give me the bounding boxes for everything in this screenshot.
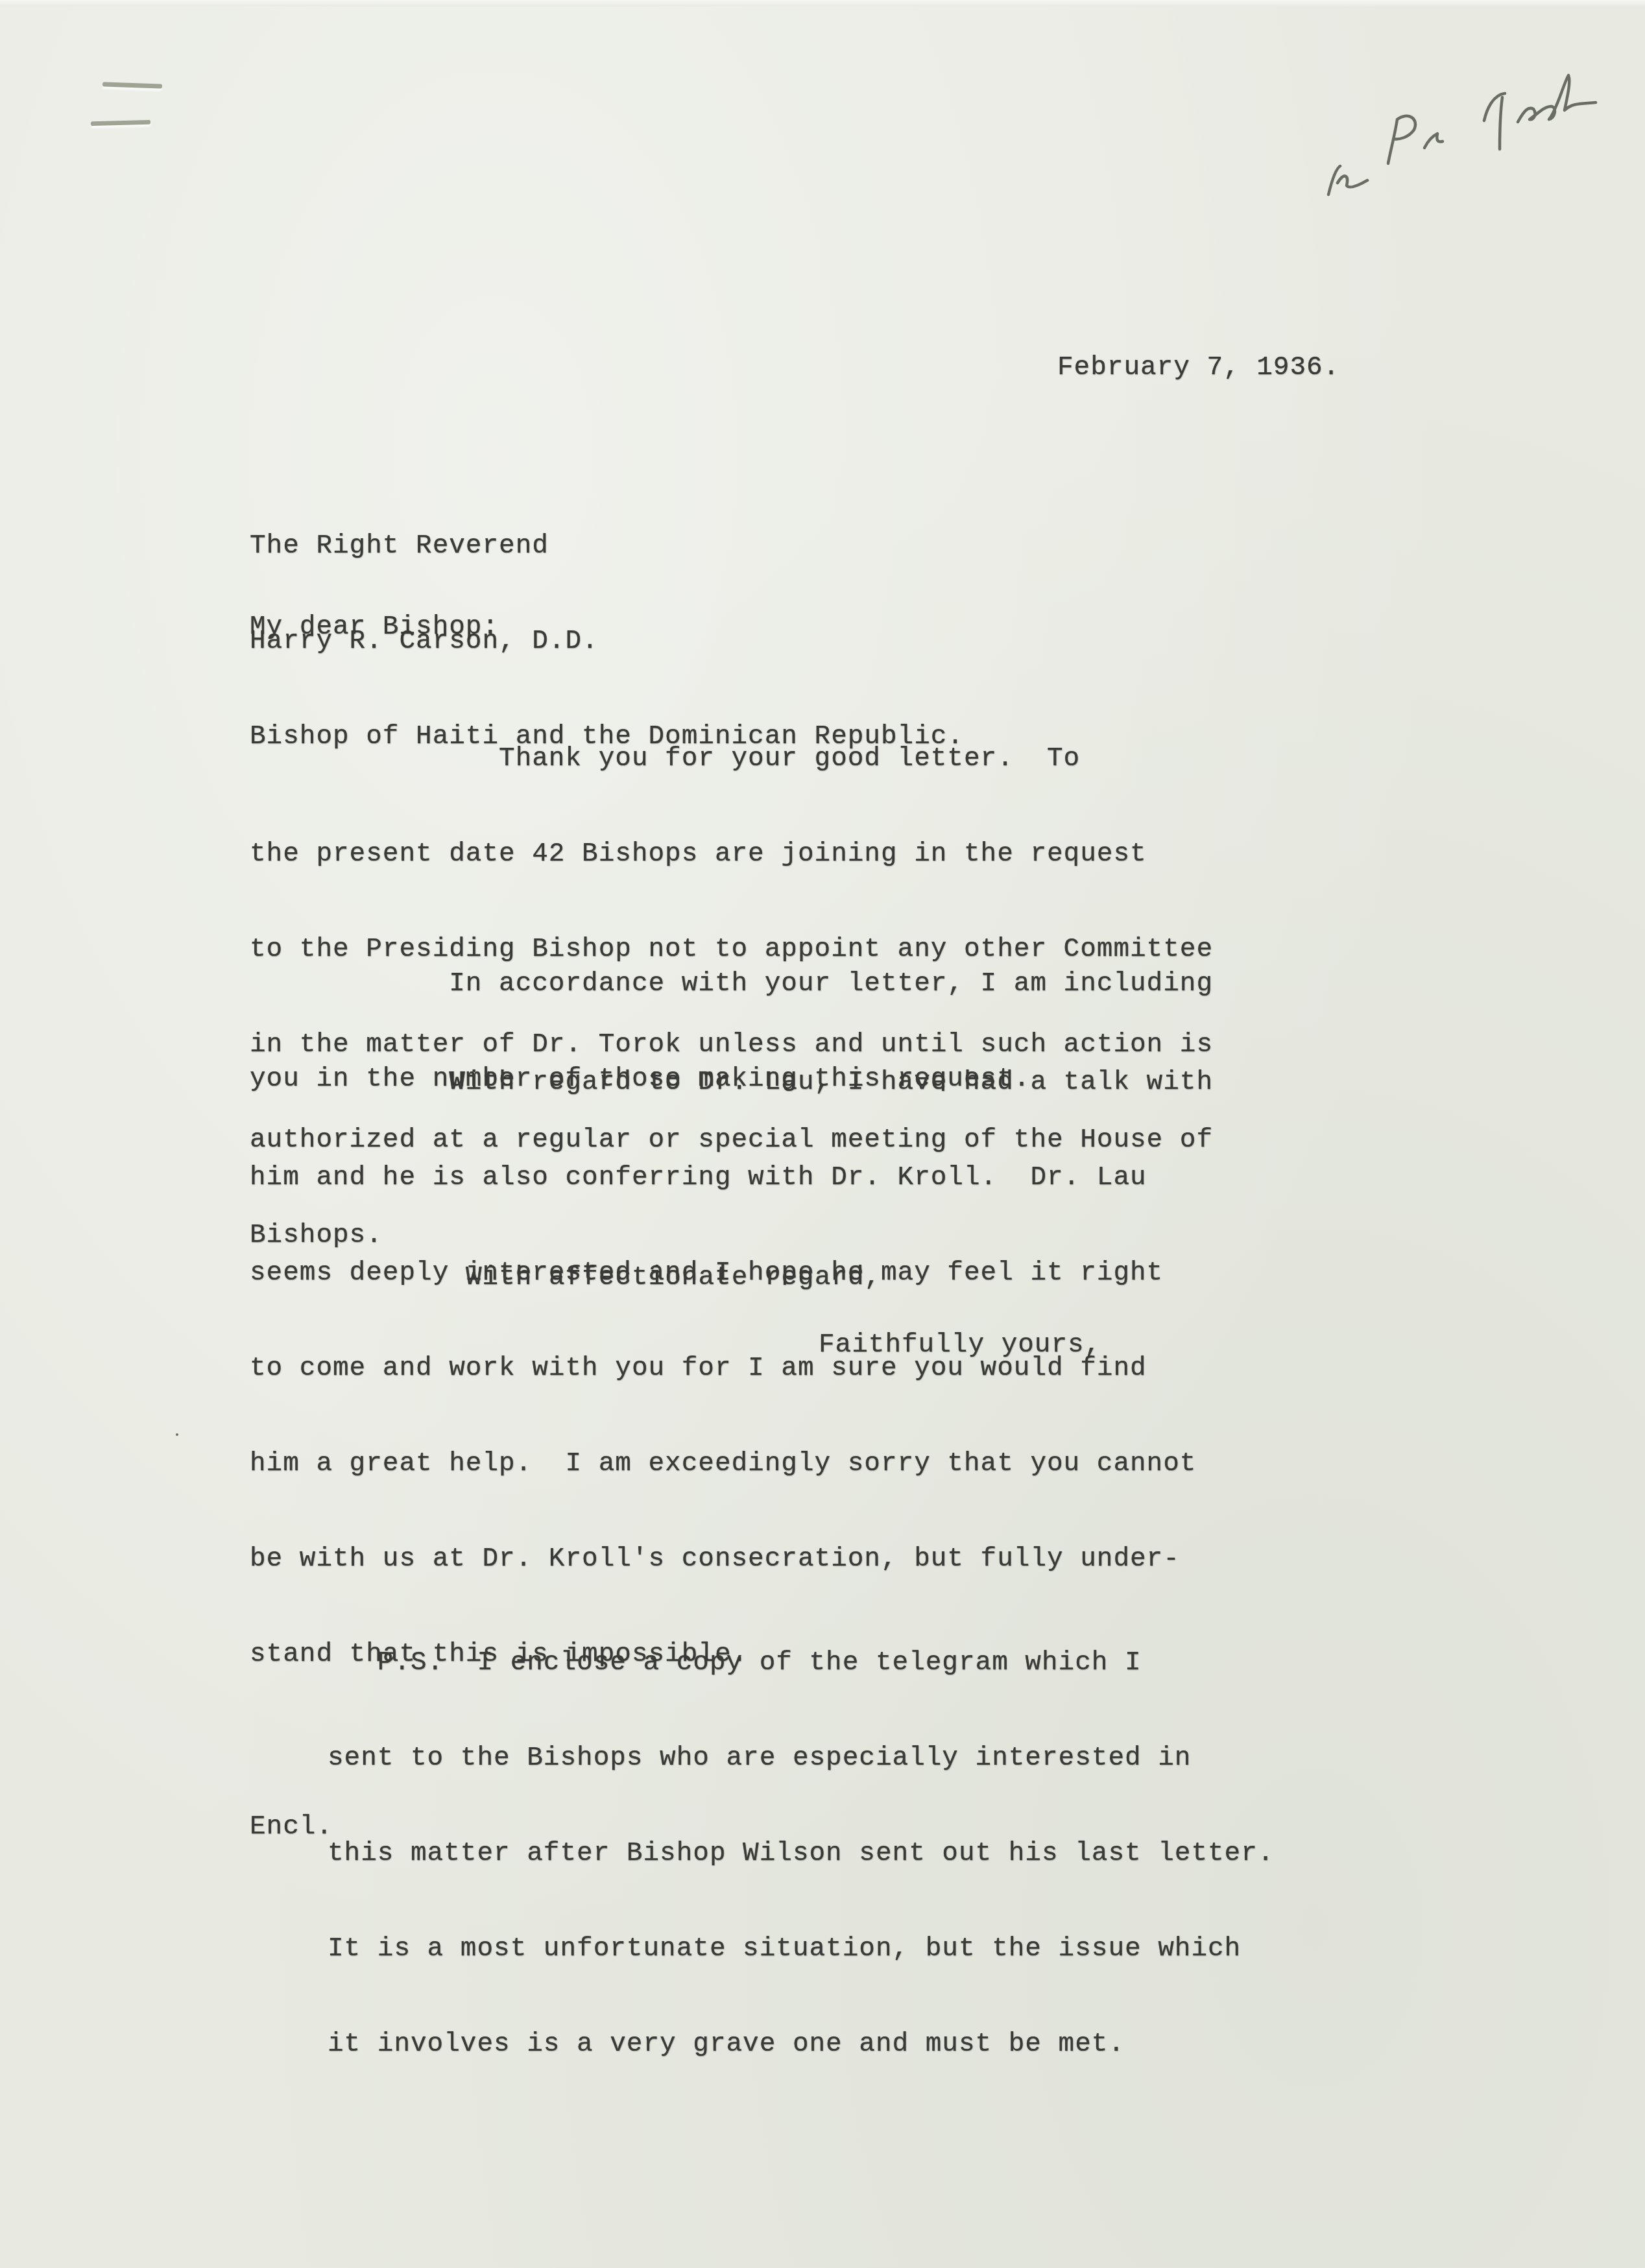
signoff: Faithfully yours,: [819, 1330, 1101, 1361]
postscript: P.S. I enclose a copy of the telegram wh…: [328, 1584, 1274, 2124]
paragraph-line: In accordance with your letter, I am inc…: [250, 968, 1213, 1000]
postscript-line: this matter after Bishop Wilson sent out…: [328, 1838, 1274, 1870]
postscript-line: It is a most unfortunate situation, but …: [328, 1933, 1274, 1965]
paragraph-line: him and he is also conferring with Dr. K…: [250, 1162, 1213, 1194]
letter-date: February 7, 1936.: [1057, 352, 1339, 384]
postscript-line: it involves is a very grave one and must…: [328, 2029, 1274, 2060]
salutation: My dear Bishop:: [250, 612, 499, 643]
closing-line: With affectionate regard,: [466, 1262, 881, 1294]
addressee-title: The Right Reverend: [250, 531, 964, 562]
page-top-edge: [0, 0, 1645, 6]
enclosure-note: Encl.: [250, 1811, 333, 1843]
paragraph-line: be with us at Dr. Kroll's consecration, …: [250, 1544, 1213, 1575]
paragraph-line: With regard to Dr. Lau, I have had a tal…: [250, 1067, 1213, 1099]
postscript-line: sent to the Bishops who are especially i…: [328, 1743, 1274, 1774]
handwritten-annotation-icon: re Dr Torok: [1310, 39, 1622, 233]
paragraph-line: Thank you for your good letter. To: [250, 743, 1213, 775]
staple-mark-icon: [91, 120, 150, 126]
letter-page: re Dr Torok February 7, 1936. The Right …: [0, 0, 1645, 2268]
paper-speck: [176, 1433, 178, 1436]
postscript-line: P.S. I enclose a copy of the telegram wh…: [328, 1647, 1274, 1679]
staple-mark-icon: [102, 82, 162, 88]
paragraph-line: the present date 42 Bishops are joining …: [250, 839, 1213, 870]
paragraph-line: him a great help. I am exceedingly sorry…: [250, 1448, 1213, 1480]
